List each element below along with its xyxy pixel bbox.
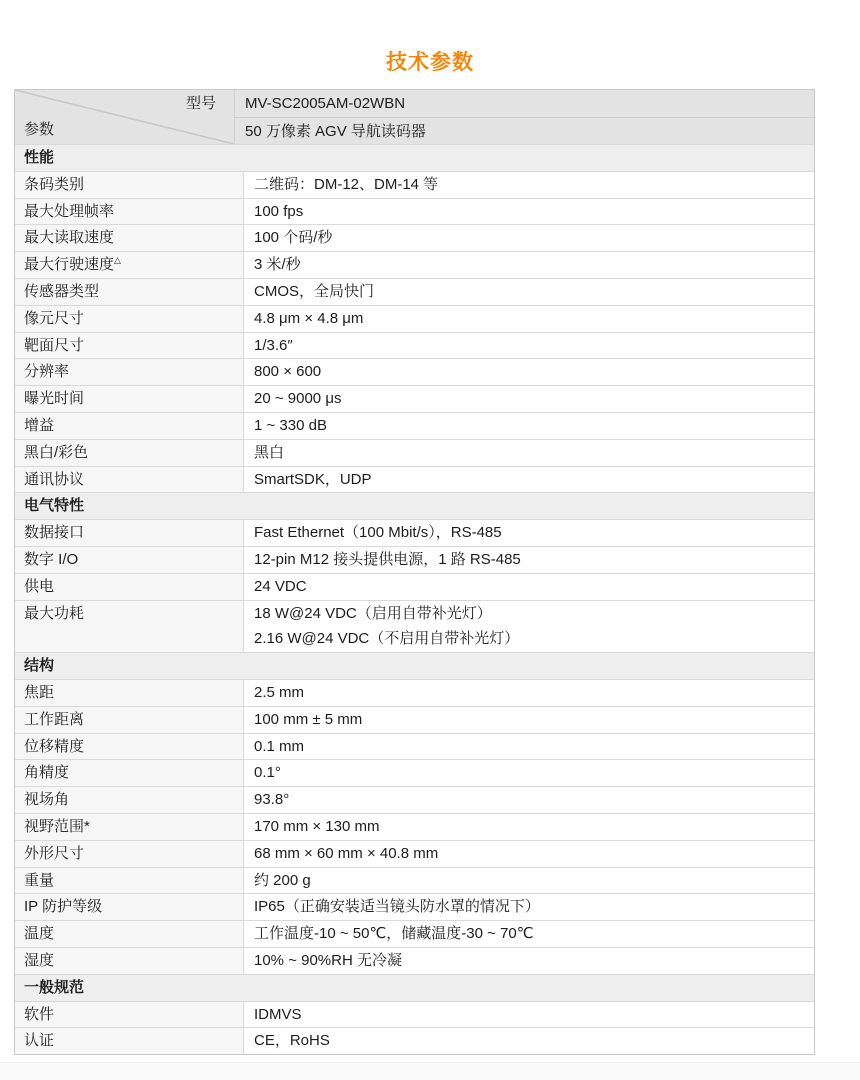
row-label: 最大功耗: [15, 601, 244, 653]
row-value-line: 0.1°: [254, 760, 814, 786]
row-value-line: 24 VDC: [254, 574, 814, 600]
row-label: 最大行驶速度△: [15, 252, 244, 278]
row-value: 100 fps: [244, 199, 814, 225]
row-value: 93.8°: [244, 787, 814, 813]
row-value: 170 mm × 130 mm: [244, 814, 814, 840]
table-row: 湿度10% ~ 90%RH 无冷凝: [15, 947, 814, 974]
row-label: 工作距离: [15, 707, 244, 733]
row-value: 约 200 g: [244, 868, 814, 894]
header-model-value: MV-SC2005AM-02WBN: [235, 90, 814, 118]
table-row: 最大功耗18 W@24 VDC（启用自带补光灯）2.16 W@24 VDC（不启…: [15, 600, 814, 653]
row-value-line: 2.5 mm: [254, 680, 814, 706]
row-value: IDMVS: [244, 1002, 814, 1028]
table-row: 角精度0.1°: [15, 759, 814, 786]
table-row: 视场角93.8°: [15, 786, 814, 813]
row-label: 像元尺寸: [15, 306, 244, 332]
row-value-line: 18 W@24 VDC（启用自带补光灯）: [254, 601, 814, 627]
row-label: 条码类别: [15, 172, 244, 198]
label-superscript: △: [114, 255, 121, 265]
table-row: IP 防护等级IP65（正确安装适当镜头防水罩的情况下）: [15, 893, 814, 920]
table-row: 曝光时间20 ~ 9000 μs: [15, 385, 814, 412]
row-label: 增益: [15, 413, 244, 439]
table-row: 数据接口Fast Ethernet（100 Mbit/s），RS-485: [15, 519, 814, 546]
row-value: SmartSDK，UDP: [244, 467, 814, 493]
row-label: 重量: [15, 868, 244, 894]
row-label: 最大处理帧率: [15, 199, 244, 225]
row-label: 曝光时间: [15, 386, 244, 412]
row-value-line: 12-pin M12 接头提供电源，1 路 RS-485: [254, 547, 814, 573]
row-value: 0.1 mm: [244, 734, 814, 760]
row-value-line: CMOS，全局快门: [254, 279, 814, 305]
row-value-line: 68 mm × 60 mm × 40.8 mm: [254, 841, 814, 867]
spec-table-body: 性能条码类别二维码：DM-12、DM-14 等最大处理帧率100 fps最大读取…: [15, 144, 814, 1054]
row-value-line: 3 米/秒: [254, 252, 814, 278]
table-row: 外形尺寸68 mm × 60 mm × 40.8 mm: [15, 840, 814, 867]
row-value-line: 1/3.6″: [254, 333, 814, 359]
table-row: 焦距2.5 mm: [15, 679, 814, 706]
row-label: 通讯协议: [15, 467, 244, 493]
row-value-line: 170 mm × 130 mm: [254, 814, 814, 840]
row-value: CMOS，全局快门: [244, 279, 814, 305]
row-value-line: 约 200 g: [254, 868, 814, 894]
row-value: 二维码：DM-12、DM-14 等: [244, 172, 814, 198]
section-header: 性能: [15, 144, 814, 171]
row-value-line: 20 ~ 9000 μs: [254, 386, 814, 412]
row-value: 24 VDC: [244, 574, 814, 600]
row-label: 分辨率: [15, 359, 244, 385]
row-value-line: 2.16 W@24 VDC（不启用自带补光灯）: [254, 626, 814, 652]
row-value: 2.5 mm: [244, 680, 814, 706]
section-header: 结构: [15, 652, 814, 679]
table-row: 增益1 ~ 330 dB: [15, 412, 814, 439]
page-title: 技术参数: [0, 46, 860, 76]
spec-table: 型号 参数 MV-SC2005AM-02WBN 50 万像素 AGV 导航读码器…: [14, 89, 815, 1055]
table-row: 靶面尺寸1/3.6″: [15, 332, 814, 359]
row-value-line: 工作温度-10 ~ 50℃，储藏温度-30 ~ 70℃: [254, 921, 814, 947]
row-label: 视场角: [15, 787, 244, 813]
row-value-line: Fast Ethernet（100 Mbit/s），RS-485: [254, 520, 814, 546]
row-value-line: IDMVS: [254, 1002, 814, 1028]
row-label: 外形尺寸: [15, 841, 244, 867]
row-value-line: 4.8 μm × 4.8 μm: [254, 306, 814, 332]
row-value: 工作温度-10 ~ 50℃，储藏温度-30 ~ 70℃: [244, 921, 814, 947]
row-label: 数字 I/O: [15, 547, 244, 573]
row-value: 68 mm × 60 mm × 40.8 mm: [244, 841, 814, 867]
table-row: 通讯协议SmartSDK，UDP: [15, 466, 814, 493]
row-value: 10% ~ 90%RH 无冷凝: [244, 948, 814, 974]
table-row: 最大读取速度100 个码/秒: [15, 224, 814, 251]
table-row: 重量约 200 g: [15, 867, 814, 894]
row-value-line: 10% ~ 90%RH 无冷凝: [254, 948, 814, 974]
row-label: 数据接口: [15, 520, 244, 546]
section-header: 一般规范: [15, 974, 814, 1001]
row-value: Fast Ethernet（100 Mbit/s），RS-485: [244, 520, 814, 546]
row-value-line: 黑白: [254, 440, 814, 466]
row-value: 800 × 600: [244, 359, 814, 385]
row-value-line: 100 fps: [254, 199, 814, 225]
row-value: 1/3.6″: [244, 333, 814, 359]
row-label: 位移精度: [15, 734, 244, 760]
table-row: 供电24 VDC: [15, 573, 814, 600]
table-row: 视野范围*170 mm × 130 mm: [15, 813, 814, 840]
table-row: 像元尺寸4.8 μm × 4.8 μm: [15, 305, 814, 332]
section-header: 电气特性: [15, 492, 814, 519]
row-value-line: 1 ~ 330 dB: [254, 413, 814, 439]
row-label: 焦距: [15, 680, 244, 706]
row-value-line: CE，RoHS: [254, 1028, 814, 1054]
row-value: 12-pin M12 接头提供电源，1 路 RS-485: [244, 547, 814, 573]
table-row: 温度工作温度-10 ~ 50℃，储藏温度-30 ~ 70℃: [15, 920, 814, 947]
row-label: 视野范围*: [15, 814, 244, 840]
table-row: 位移精度0.1 mm: [15, 733, 814, 760]
row-value: CE，RoHS: [244, 1028, 814, 1054]
row-label: 最大读取速度: [15, 225, 244, 251]
row-label: 认证: [15, 1028, 244, 1054]
row-label: 供电: [15, 574, 244, 600]
row-label: 软件: [15, 1002, 244, 1028]
row-value: 18 W@24 VDC（启用自带补光灯）2.16 W@24 VDC（不启用自带补…: [244, 601, 814, 653]
row-value-line: 93.8°: [254, 787, 814, 813]
table-row: 传感器类型CMOS，全局快门: [15, 278, 814, 305]
row-value-line: 100 个码/秒: [254, 225, 814, 251]
header-product-name: 50 万像素 AGV 导航读码器: [235, 118, 814, 145]
row-value: 黑白: [244, 440, 814, 466]
table-row: 分辨率800 × 600: [15, 358, 814, 385]
table-row: 最大处理帧率100 fps: [15, 198, 814, 225]
table-row: 黑白/彩色黑白: [15, 439, 814, 466]
row-label: 黑白/彩色: [15, 440, 244, 466]
row-label: 湿度: [15, 948, 244, 974]
header-corner-model-label: 型号: [186, 91, 216, 117]
row-value: 20 ~ 9000 μs: [244, 386, 814, 412]
table-row: 工作距离100 mm ± 5 mm: [15, 706, 814, 733]
table-row: 条码类别二维码：DM-12、DM-14 等: [15, 171, 814, 198]
row-value: 100 mm ± 5 mm: [244, 707, 814, 733]
row-label: 温度: [15, 921, 244, 947]
header-corner-parameter-label: 参数: [24, 117, 54, 143]
row-value-line: 800 × 600: [254, 359, 814, 385]
row-value-line: IP65（正确安装适当镜头防水罩的情况下）: [254, 894, 814, 920]
row-value-line: 0.1 mm: [254, 734, 814, 760]
table-row: 软件IDMVS: [15, 1001, 814, 1028]
row-label: 靶面尺寸: [15, 333, 244, 359]
row-value-line: 二维码：DM-12、DM-14 等: [254, 172, 814, 198]
row-value: 100 个码/秒: [244, 225, 814, 251]
row-value: 4.8 μm × 4.8 μm: [244, 306, 814, 332]
row-label: 传感器类型: [15, 279, 244, 305]
row-value: 0.1°: [244, 760, 814, 786]
table-row: 最大行驶速度△3 米/秒: [15, 251, 814, 278]
spec-table-header: 型号 参数 MV-SC2005AM-02WBN 50 万像素 AGV 导航读码器: [15, 90, 814, 144]
header-value-cells: MV-SC2005AM-02WBN 50 万像素 AGV 导航读码器: [235, 90, 814, 144]
row-value: 3 米/秒: [244, 252, 814, 278]
table-row: 认证CE，RoHS: [15, 1027, 814, 1054]
page-bottom-strip: [0, 1062, 860, 1080]
header-corner-cell: 型号 参数: [15, 90, 235, 144]
table-row: 数字 I/O12-pin M12 接头提供电源，1 路 RS-485: [15, 546, 814, 573]
row-value-line: SmartSDK，UDP: [254, 467, 814, 493]
row-label: IP 防护等级: [15, 894, 244, 920]
row-value-line: 100 mm ± 5 mm: [254, 707, 814, 733]
row-value: IP65（正确安装适当镜头防水罩的情况下）: [244, 894, 814, 920]
row-value: 1 ~ 330 dB: [244, 413, 814, 439]
row-label: 角精度: [15, 760, 244, 786]
